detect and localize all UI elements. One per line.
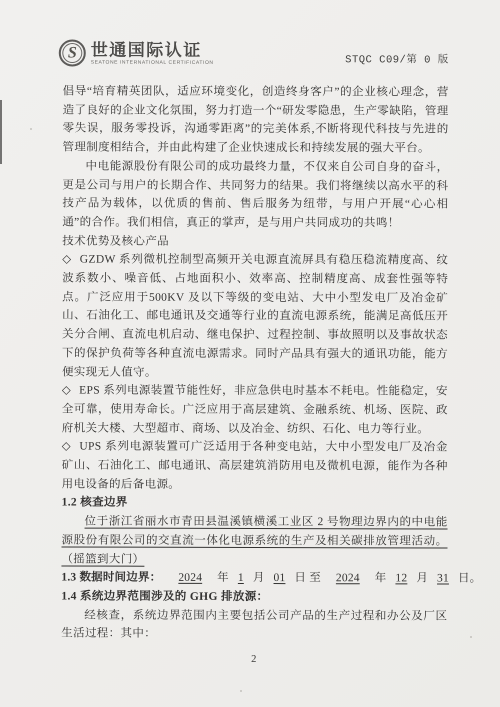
diamond-bullet-icon: ◇ (62, 254, 72, 266)
page-number: 2 (61, 651, 447, 671)
bullet-eps: ◇EPS 系列电源装置节能性好，非应急供电时基本不耗电。性能稳定，安全可靠，使用… (62, 382, 448, 439)
paragraph-company: 中电能源股份有限公司的成功最终力量，不仅来自公司自身的奋斗，更是公司与用户的长期… (62, 157, 448, 233)
bullet-gzdw-text: GZDW 系列微机控制型高频开关电源直流屏具有稳压稳流精度高、纹波系数小、噪音低… (62, 254, 448, 378)
diamond-bullet-icon: ◇ (62, 441, 72, 453)
paragraph-boundary: 位于浙江省丽水市青田县温溪镇横溪工业区 2 号物理边界内的中电能源股份有限公司的… (61, 513, 447, 570)
unit-day-to: 日 至 (292, 572, 323, 584)
unit-month: 月 (251, 572, 267, 584)
year-end-value: 2024 (323, 572, 373, 584)
time-boundary-label: 1.3 数据时间边界： (61, 572, 161, 584)
scanned-document-page: S 世通国际认证 SEATONE INTERNATIONAL CERTIFICA… (0, 0, 500, 707)
seatone-emblem-icon: S (59, 39, 86, 66)
diamond-bullet-icon: ◇ (62, 385, 71, 397)
document-body: 倡导“培育精英团队，适应环境变化，创造终身客户”的企业核心理念，营造了良好的企业… (0, 66, 500, 670)
heading-ghg-sources: 1.4 系统边界范围涉及的 GHG 排放源： (61, 587, 447, 607)
bullet-eps-text: EPS 系列电源装置节能性好，非应急供电时基本不耗电。性能稳定，安全可靠，使用寿… (62, 385, 448, 435)
document-code: STQC C09/第 0 版 (345, 51, 449, 67)
unit-day-end: 日。 (456, 573, 483, 585)
unit-month: 月 (414, 573, 430, 585)
heading-verification-boundary: 1.2 核查边界 (62, 494, 448, 514)
bullet-ups-text: UPS 系列电源装置可广泛适用于各种变电站，大中小型发电厂及冶金矿山、石油化工、… (62, 441, 448, 491)
logo-title: 世通国际认证 (91, 41, 214, 58)
month-start-value: 1 (231, 572, 251, 584)
paragraph-verified-scope: 经核查，系统边界范围内主要包括公司产品的生产过程和办公及厂区生活过程：其中： (61, 606, 447, 644)
year-start-value: 2024 (165, 572, 215, 584)
logo-subtitle: SEATONE INTERNATIONAL CERTIFICATION (91, 60, 214, 65)
page-header: S 世通国际认证 SEATONE INTERNATIONAL CERTIFICA… (1, 0, 500, 68)
certification-logo: S 世通国际认证 SEATONE INTERNATIONAL CERTIFICA… (59, 39, 214, 66)
bullet-gzdw: ◇GZDW 系列微机控制型高频开关电源直流屏具有稳压稳流精度高、纹波系数小、噪音… (62, 251, 448, 383)
day-end-value: 31 (430, 573, 456, 585)
paragraph-culture: 倡导“培育精英团队，适应环境变化，创造终身客户”的企业核心理念，营造了良好的企业… (63, 83, 449, 159)
day-start-value: 01 (267, 572, 293, 584)
month-end-value: 12 (388, 573, 414, 585)
heading-tech-advantages: 技术优势及核心产品 (62, 232, 448, 252)
data-time-boundary-line: 1.3 数据时间边界：2024年1月01日 至2024年12月31日。 (61, 569, 447, 589)
bullet-ups: ◇UPS 系列电源装置可广泛适用于各种变电站，大中小型发电厂及冶金矿山、石油化工… (62, 438, 448, 495)
unit-year: 年 (215, 572, 231, 584)
unit-year: 年 (373, 573, 389, 585)
